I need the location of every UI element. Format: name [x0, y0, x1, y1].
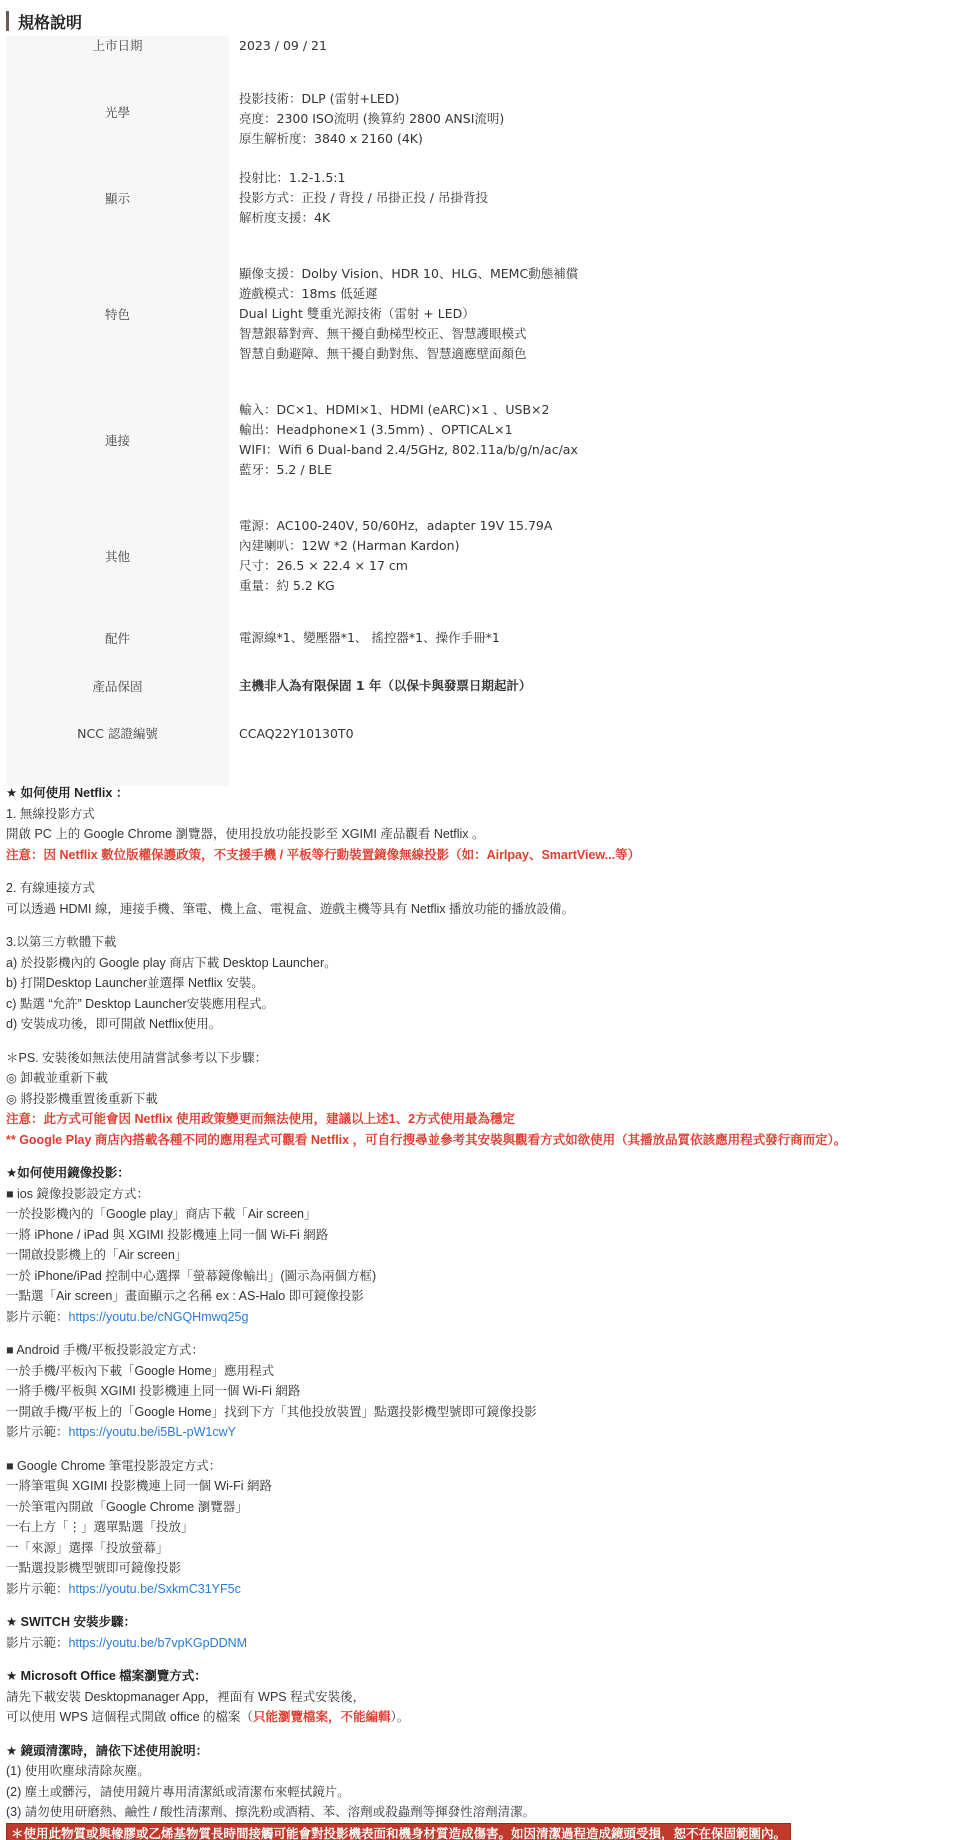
- spec-value: 主機非人為有限保固 1 年（以保卡與發票日期起計）: [229, 662, 796, 710]
- office-readonly-note: 只能瀏覽檔案，不能編輯: [253, 1710, 391, 1724]
- android-step: 一於手機/平板內下載「Google Home」應用程式: [6, 1361, 956, 1382]
- netflix-ps-step: ◎ 將投影機重置後重新下載: [6, 1089, 956, 1110]
- netflix-method2-title: 2. 有線連接方式: [6, 878, 956, 899]
- spec-label: 特色: [6, 246, 229, 382]
- netflix-heading: ★ 如何使用 Netflix ：: [6, 783, 956, 804]
- cleaning-step: (1) 使用吹塵球清除灰塵。: [6, 1761, 956, 1782]
- netflix-method1-text: 開啟 PC 上的 Google Chrome 瀏覽器，使用投放功能投影至 XGI…: [6, 824, 956, 845]
- spec-label: 產品保固: [6, 662, 229, 710]
- netflix-method3-title: 3.以第三方軟體下載: [6, 932, 956, 953]
- ios-step: 一將 iPhone / iPad 與 XGIMI 投影機連上同一個 Wi-Fi …: [6, 1225, 956, 1246]
- chrome-step: 一將筆電與 XGIMI 投影機連上同一個 Wi-Fi 網路: [6, 1476, 956, 1497]
- spec-value: 顯像支援：Dolby Vision、HDR 10、HLG、MEMC動態補償 遊戲…: [229, 246, 796, 382]
- section-title: 規格說明: [6, 10, 82, 32]
- spec-label: 連接: [6, 382, 229, 498]
- netflix-method2-text: 可以透過 HDMI 線，連接手機、筆電、機上盒、電視盒、遊戲主機等具有 Netf…: [6, 899, 956, 920]
- page-title: 規格說明: [18, 10, 82, 33]
- spec-row-release-date: 上市日期 2023 / 09 / 21: [6, 36, 796, 74]
- cleaning-warning-banner: ＊使用此物質或與橡膠或乙烯基物質長時間接觸可能會對投影機表面和機身材質造成傷害。…: [6, 1823, 791, 1840]
- ios-step: 一於投影機內的「Google play」商店下載「Air screen」: [6, 1204, 956, 1225]
- spec-row-warranty: 產品保固 主機非人為有限保固 1 年（以保卡與發票日期起計）: [6, 662, 796, 710]
- spec-value: 投射比：1.2-1.5:1 投影方式：正投 / 背投 / 吊掛正投 / 吊掛背投…: [229, 150, 796, 246]
- netflix-step: a) 於投影機內的 Google play 商店下載 Desktop Launc…: [6, 953, 956, 974]
- ios-step: 一開啟投影機上的「Air screen」: [6, 1245, 956, 1266]
- spec-label: 其他: [6, 498, 229, 614]
- spec-value: 2023 / 09 / 21: [229, 36, 796, 74]
- ios-step: 一點選「Air screen」畫面顯示之名稱 ex : AS-Halo 即可鏡像…: [6, 1286, 956, 1307]
- chrome-step: 一右上方「⋮」選單點選「投放」: [6, 1517, 956, 1538]
- netflix-ps-title: ＊PS. 安裝後如無法使用請嘗試參考以下步驟：: [6, 1048, 956, 1069]
- netflix-step: b) 打開Desktop Launcher並選擇 Netflix 安裝。: [6, 973, 956, 994]
- spec-value: CCAQ22Y10130T0: [229, 710, 796, 786]
- ios-title: ■ ios 鏡像投影設定方式：: [6, 1184, 956, 1205]
- android-step: 一開啟手機/平板上的「Google Home」找到下方「其他投放裝置」點選投影機…: [6, 1402, 956, 1423]
- spec-row-accessories: 配件 電源線*1、變壓器*1、 搖控器*1、操作手冊*1: [6, 614, 796, 662]
- spec-table: 上市日期 2023 / 09 / 21 光學 投影技術：DLP (雷射+LED)…: [6, 36, 796, 786]
- chrome-step: 一「來源」選擇「投放螢幕」: [6, 1538, 956, 1559]
- switch-video: 影片示範：https://youtu.be/b7vpKGpDDNM: [6, 1633, 956, 1654]
- cleaning-heading: ★ 鏡頭清潔時，請依下述使用說明：: [6, 1741, 956, 1762]
- android-step: 一將手機/平板與 XGIMI 投影機連上同一個 Wi-Fi 網路: [6, 1381, 956, 1402]
- netflix-note3: ** Google Play 商店內搭載各種不同的應用程式可觀看 Netflix…: [6, 1130, 956, 1151]
- spec-label: 配件: [6, 614, 229, 662]
- spec-row-other: 其他 電源：AC100-240V, 50/60Hz，adapter 19V 15…: [6, 498, 796, 614]
- ios-step: 一於 iPhone/iPad 控制中心選擇「螢幕鏡像輸出」(圖示為兩個方框): [6, 1266, 956, 1287]
- cleaning-step: (3) 請勿使用研磨熱、鹼性 / 酸性清潔劑、擦洗粉或酒精、苯、溶劑或殺蟲劑等揮…: [6, 1802, 956, 1823]
- title-accent-bar: [6, 11, 9, 31]
- chrome-video: 影片示範：https://youtu.be/SxkmC31YF5c: [6, 1579, 956, 1600]
- netflix-step: d) 安裝成功後，即可開啟 Netflix使用。: [6, 1014, 956, 1035]
- android-title: ■ Android 手機/平板投影設定方式：: [6, 1340, 956, 1361]
- spec-row-display: 顯示 投射比：1.2-1.5:1 投影方式：正投 / 背投 / 吊掛正投 / 吊…: [6, 150, 796, 246]
- netflix-method1-note: 注意：因 Netflix 數位版權保護政策，不支援手機 / 平板等行動裝置鏡像無…: [6, 845, 956, 866]
- spec-value: 電源：AC100-240V, 50/60Hz，adapter 19V 15.79…: [229, 498, 796, 614]
- netflix-method1-title: 1. 無線投影方式: [6, 804, 956, 825]
- office-line1: 請先下載安裝 Desktopmanager App，裡面有 WPS 程式安裝後，: [6, 1687, 956, 1708]
- cleaning-step: (2) 塵土或髒污，請使用鏡片專用清潔紙或清潔布來輕拭鏡片。: [6, 1782, 956, 1803]
- spec-label: 顯示: [6, 150, 229, 246]
- spec-value: 電源線*1、變壓器*1、 搖控器*1、操作手冊*1: [229, 614, 796, 662]
- spec-value: 投影技術：DLP (雷射+LED) 亮度：2300 ISO流明 (換算約 280…: [229, 74, 796, 150]
- switch-heading: ★ SWITCH 安裝步驟：: [6, 1612, 956, 1633]
- chrome-step: 一於筆電內開啟「Google Chrome 瀏覽器」: [6, 1497, 956, 1518]
- chrome-title: ■ Google Chrome 筆電投影設定方式：: [6, 1456, 956, 1477]
- netflix-note2: 注意：此方式可能會因 Netflix 使用政策變更而無法使用，建議以上述1、2方…: [6, 1109, 956, 1130]
- office-heading: ★ Microsoft Office 檔案瀏覽方式：: [6, 1666, 956, 1687]
- office-line2: 可以使用 WPS 這個程式開啟 office 的檔案（只能瀏覽檔案，不能編輯）。: [6, 1707, 956, 1728]
- spec-row-features: 特色 顯像支援：Dolby Vision、HDR 10、HLG、MEMC動態補償…: [6, 246, 796, 382]
- chrome-video-link[interactable]: https://youtu.be/SxkmC31YF5c: [69, 1582, 241, 1596]
- mirror-heading: ★如何使用鏡像投影：: [6, 1163, 956, 1184]
- cleaning-warning-row: ＊使用此物質或與橡膠或乙烯基物質長時間接觸可能會對投影機表面和機身材質造成傷害。…: [6, 1823, 956, 1840]
- ios-video-link[interactable]: https://youtu.be/cNGQHmwq25g: [69, 1310, 249, 1324]
- ios-video: 影片示範：https://youtu.be/cNGQHmwq25g: [6, 1307, 956, 1328]
- instructions: ★ 如何使用 Netflix ： 1. 無線投影方式 開啟 PC 上的 Goog…: [6, 783, 956, 1840]
- spec-label: 光學: [6, 74, 229, 150]
- switch-video-link[interactable]: https://youtu.be/b7vpKGpDDNM: [69, 1636, 248, 1650]
- spec-row-optics: 光學 投影技術：DLP (雷射+LED) 亮度：2300 ISO流明 (換算約 …: [6, 74, 796, 150]
- netflix-step: c) 點選 “允許” Desktop Launcher安裝應用程式。: [6, 994, 956, 1015]
- spec-value: 輸入：DC×1、HDMI×1、HDMI (eARC)×1 、USB×2 輸出：H…: [229, 382, 796, 498]
- spec-row-ncc: NCC 認證編號 CCAQ22Y10130T0: [6, 710, 796, 786]
- android-video: 影片示範：https://youtu.be/i5BL-pW1cwY: [6, 1422, 956, 1443]
- spec-label: 上市日期: [6, 36, 229, 74]
- chrome-step: 一點選投影機型號即可鏡像投影: [6, 1558, 956, 1579]
- netflix-ps-step: ◎ 卸載並重新下載: [6, 1068, 956, 1089]
- android-video-link[interactable]: https://youtu.be/i5BL-pW1cwY: [69, 1425, 236, 1439]
- spec-label: NCC 認證編號: [6, 710, 229, 786]
- spec-row-connectivity: 連接 輸入：DC×1、HDMI×1、HDMI (eARC)×1 、USB×2 輸…: [6, 382, 796, 498]
